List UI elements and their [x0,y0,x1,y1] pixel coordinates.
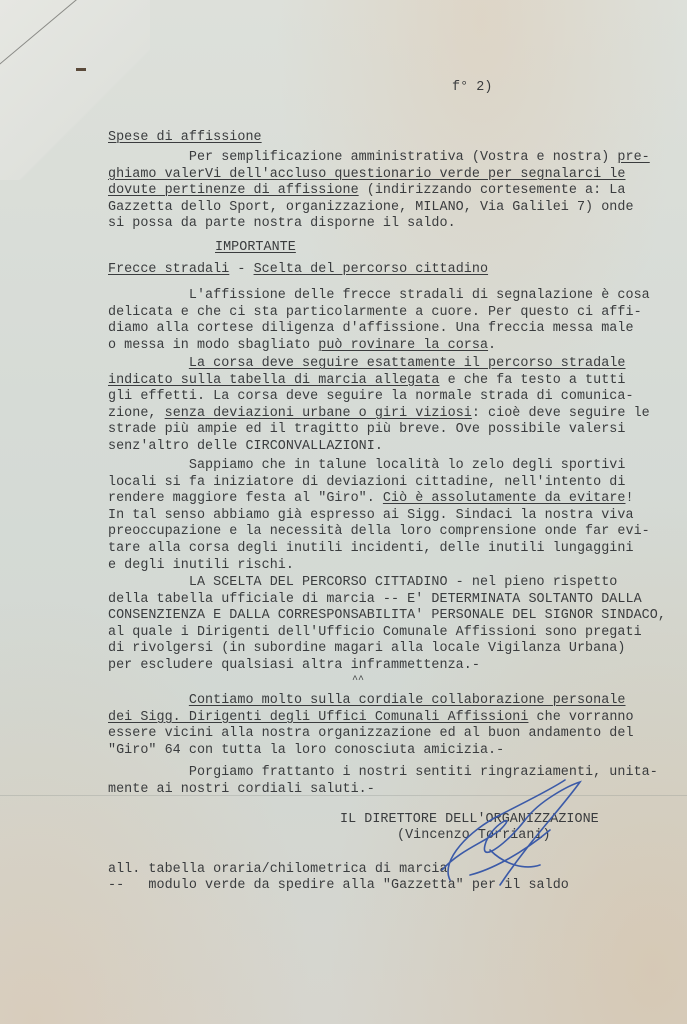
text-line: delicata e che ci sta particolarmente a … [108,305,650,322]
section-heading-frecce: Frecce stradali - Scelta del percorso ci… [108,262,488,279]
section-heading-spese: Spese di affissione [108,130,262,147]
text-run: LA SCELTA DEL PERCORSO CITTADINO - nel p… [108,575,617,590]
text-line: locali si fa iniziatore di deviazioni ci… [108,475,650,492]
underlined-text: Ciò è assolutamente da evitare [383,491,626,506]
text-line: mente ai nostri cordiali saluti.- [108,782,658,799]
text-line: Gazzetta dello Sport, organizzazione, MI… [108,200,650,217]
text-run: zione, [108,406,165,421]
text-run: per escludere qualsiasi altra inframmett… [108,658,480,673]
text-line: rendere maggiore festa al "Giro". Ciò è … [108,491,650,508]
text-run: Per semplificazione amministrativa (Vost… [108,150,617,165]
text-run: L'affissione delle frecce stradali di se… [108,288,650,303]
fold-crease-line [0,0,149,81]
text-run: strade più ampie ed il tragitto più brev… [108,422,625,437]
paragraph-scelta: LA SCELTA DEL PERCORSO CITTADINO - nel p… [108,575,666,675]
text-line: di rivolgersi (in subordine magari alla … [108,641,666,658]
text-run: locali si fa iniziatore di deviazioni ci… [108,475,625,490]
text-run: e che fa testo a tutti [440,373,626,388]
paragraph-spese: Per semplificazione amministrativa (Vost… [108,150,650,233]
text-line: essere vicini alla nostra organizzazione… [108,726,634,743]
paragraph-corsa: La corsa deve seguire esattamente il per… [108,356,650,456]
text-run: o messa in modo sbagliato [108,338,318,353]
text-line: Sappiamo che in talune località lo zelo … [108,458,650,475]
text-run: Porgiamo frattanto i nostri sentiti ring… [108,765,658,780]
text-line: al quale i Dirigenti dell'Ufficio Comuna… [108,625,666,642]
text-line: ghiamo valerVi dell'accluso questionario… [108,167,650,184]
text-run [108,356,189,371]
text-line: strade più ampie ed il tragitto più brev… [108,422,650,439]
text-line: tare alla corsa degli inutili incidenti,… [108,541,650,558]
text-run: Gazzetta dello Sport, organizzazione, MI… [108,200,634,215]
text-line: dovute pertinenze di affissione (indiriz… [108,183,650,200]
text-run: Sappiamo che in talune località lo zelo … [108,458,625,473]
document-page: f° 2) Spese di affissione Per semplifica… [0,0,687,1024]
underlined-text: può rovinare la corsa [318,338,488,353]
text-run: CONSENZIENZA E DALLA CORRESPONSABILITA' … [108,608,666,623]
text-run: della tabella ufficiale di marcia -- E' … [108,592,642,607]
underlined-text: dei Sigg. Dirigenti degli Uffici Comunal… [108,710,528,725]
text-run: : cioè deve seguire le [472,406,650,421]
text-line: o messa in modo sbagliato può rovinare l… [108,338,650,355]
underlined-text: indicato sulla tabella di marcia allegat… [108,373,440,388]
text-run: mente ai nostri cordiali saluti.- [108,782,375,797]
text-line: Per semplificazione amministrativa (Vost… [108,150,650,167]
text-run: diamo alla cortese diligenza d'affission… [108,321,634,336]
text-run: e degli inutili rischi. [108,558,294,573]
text-line: Contiamo molto sulla cordiale collaboraz… [108,693,634,710]
text-run: delicata e che ci sta particolarmente a … [108,305,642,320]
separator-mark: ^^ [352,673,364,690]
signature-name: (Vincenzo Torriani) [397,828,551,845]
text-run: gli effetti. La corsa deve seguire la no… [108,389,634,404]
text-line: "Giro" 64 con tutta la loro conosciuta a… [108,743,634,760]
paragraph-sappiamo: Sappiamo che in talune località lo zelo … [108,458,650,574]
text-line: Porgiamo frattanto i nostri sentiti ring… [108,765,658,782]
text-line: per escludere qualsiasi altra inframmett… [108,658,666,675]
text-line: L'affissione delle frecce stradali di se… [108,288,650,305]
paragraph-ringraziamenti: Porgiamo frattanto i nostri sentiti ring… [108,765,658,798]
underlined-text: senza deviazioni urbane o giri viziosi [165,406,472,421]
text-run [108,693,189,708]
text-line: LA SCELTA DEL PERCORSO CITTADINO - nel p… [108,575,666,592]
text-run: tare alla corsa degli inutili incidenti,… [108,541,634,556]
text-line: dei Sigg. Dirigenti degli Uffici Comunal… [108,710,634,727]
signature-title: IL DIRETTORE DELL'ORGANIZZAZIONE [340,812,599,829]
text-run: "Giro" 64 con tutta la loro conosciuta a… [108,743,504,758]
text-line: senz'altro delle CIRCONVALLAZIONI. [108,439,650,456]
text-run: preoccupazione e la necessità della loro… [108,524,650,539]
underlined-text: La corsa deve seguire esattamente il per… [189,356,626,371]
text-run: rendere maggiore festa al "Giro". [108,491,383,506]
text-run: di rivolgersi (in subordine magari alla … [108,641,625,656]
text-line: In tal senso abbiamo già espresso ai Sig… [108,508,650,525]
underlined-text: Contiamo molto sulla cordiale collaboraz… [189,693,626,708]
paragraph-frecce: L'affissione delle frecce stradali di se… [108,288,650,354]
staple-mark [76,68,86,71]
text-line: diamo alla cortese diligenza d'affission… [108,321,650,338]
text-run: In tal senso abbiamo già espresso ai Sig… [108,508,634,523]
important-label: IMPORTANTE [215,240,296,257]
text-run: essere vicini alla nostra organizzazione… [108,726,634,741]
underlined-text: pre- [617,150,649,165]
text-line: indicato sulla tabella di marcia allegat… [108,373,650,390]
text-run: . [488,338,496,353]
paragraph-contiamo: Contiamo molto sulla cordiale collaboraz… [108,693,634,759]
text-line: preoccupazione e la necessità della loro… [108,524,650,541]
underlined-text: ghiamo valerVi dell'accluso questionario… [108,167,625,182]
heading-scelta-percorso: Scelta del percorso cittadino [254,262,489,277]
text-line: gli effetti. La corsa deve seguire la no… [108,389,650,406]
attachment-1: all. tabella oraria/chilometrica di marc… [108,862,448,879]
text-line: La corsa deve seguire esattamente il per… [108,356,650,373]
text-run: si possa da parte nostra disporne il sal… [108,216,456,231]
heading-frecce-stradali: Frecce stradali [108,262,229,277]
text-run: al quale i Dirigenti dell'Ufficio Comuna… [108,625,642,640]
text-run: ! [626,491,634,506]
text-line: CONSENZIENZA E DALLA CORRESPONSABILITA' … [108,608,666,625]
underlined-text: dovute pertinenze di affissione [108,183,359,198]
text-run: (indirizzando cortesemente a: La [359,183,626,198]
text-line: si possa da parte nostra disporne il sal… [108,216,650,233]
text-line: della tabella ufficiale di marcia -- E' … [108,592,666,609]
page-number: f° 2) [452,80,492,97]
text-line: zione, senza deviazioni urbane o giri vi… [108,406,650,423]
text-run: senz'altro delle CIRCONVALLAZIONI. [108,439,383,454]
text-line: e degli inutili rischi. [108,558,650,575]
heading-separator: - [229,262,253,277]
attachment-2: -- modulo verde da spedire alla "Gazzett… [108,878,569,895]
text-run: che vorranno [528,710,633,725]
